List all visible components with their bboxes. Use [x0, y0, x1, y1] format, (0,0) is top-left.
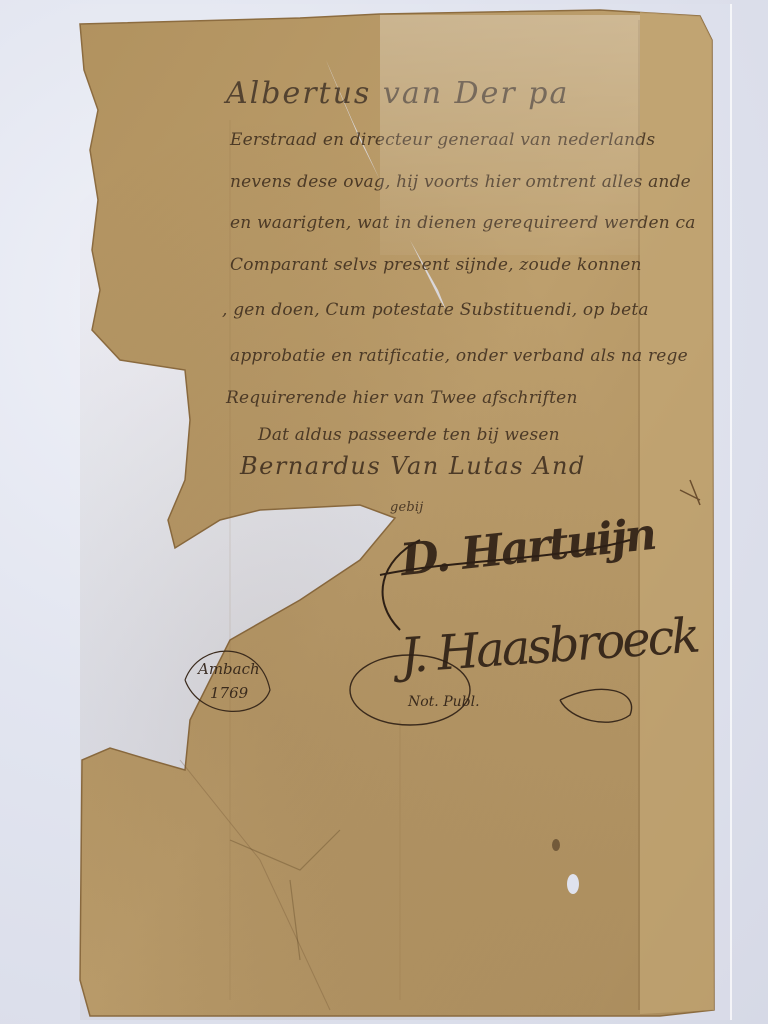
small-line: gebij — [390, 500, 424, 515]
margin-note-line-1: Ambach — [198, 660, 260, 678]
torn-paper-sheet — [0, 0, 768, 1024]
margin-note-line-2: 1769 — [210, 684, 248, 702]
text-line-4: Comparant selvs present sijnde, zoude ko… — [230, 255, 642, 275]
name-line: Bernardus Van Lutas And — [240, 452, 586, 480]
notary-mark: Not. Publ. — [408, 694, 480, 710]
hole — [567, 874, 579, 894]
text-line-2: nevens dese ovag, hij voorts hier omtren… — [230, 172, 691, 192]
text-line-6: approbatie en ratificatie, onder verband… — [230, 346, 688, 366]
text-line-8: Dat aldus passeerde ten bij wesen — [258, 425, 560, 445]
text-line-1: Eerstraad en directeur generaal van nede… — [230, 130, 655, 150]
text-line-7: Requirerende hier van Twee afschriften — [226, 388, 578, 408]
document-title: Albertus van Der pa — [226, 76, 569, 111]
text-line-3: en waarigten, wat in dienen gerequireerd… — [230, 213, 696, 233]
text-line-5: , gen doen, Cum potestate Substituendi, … — [222, 300, 649, 320]
